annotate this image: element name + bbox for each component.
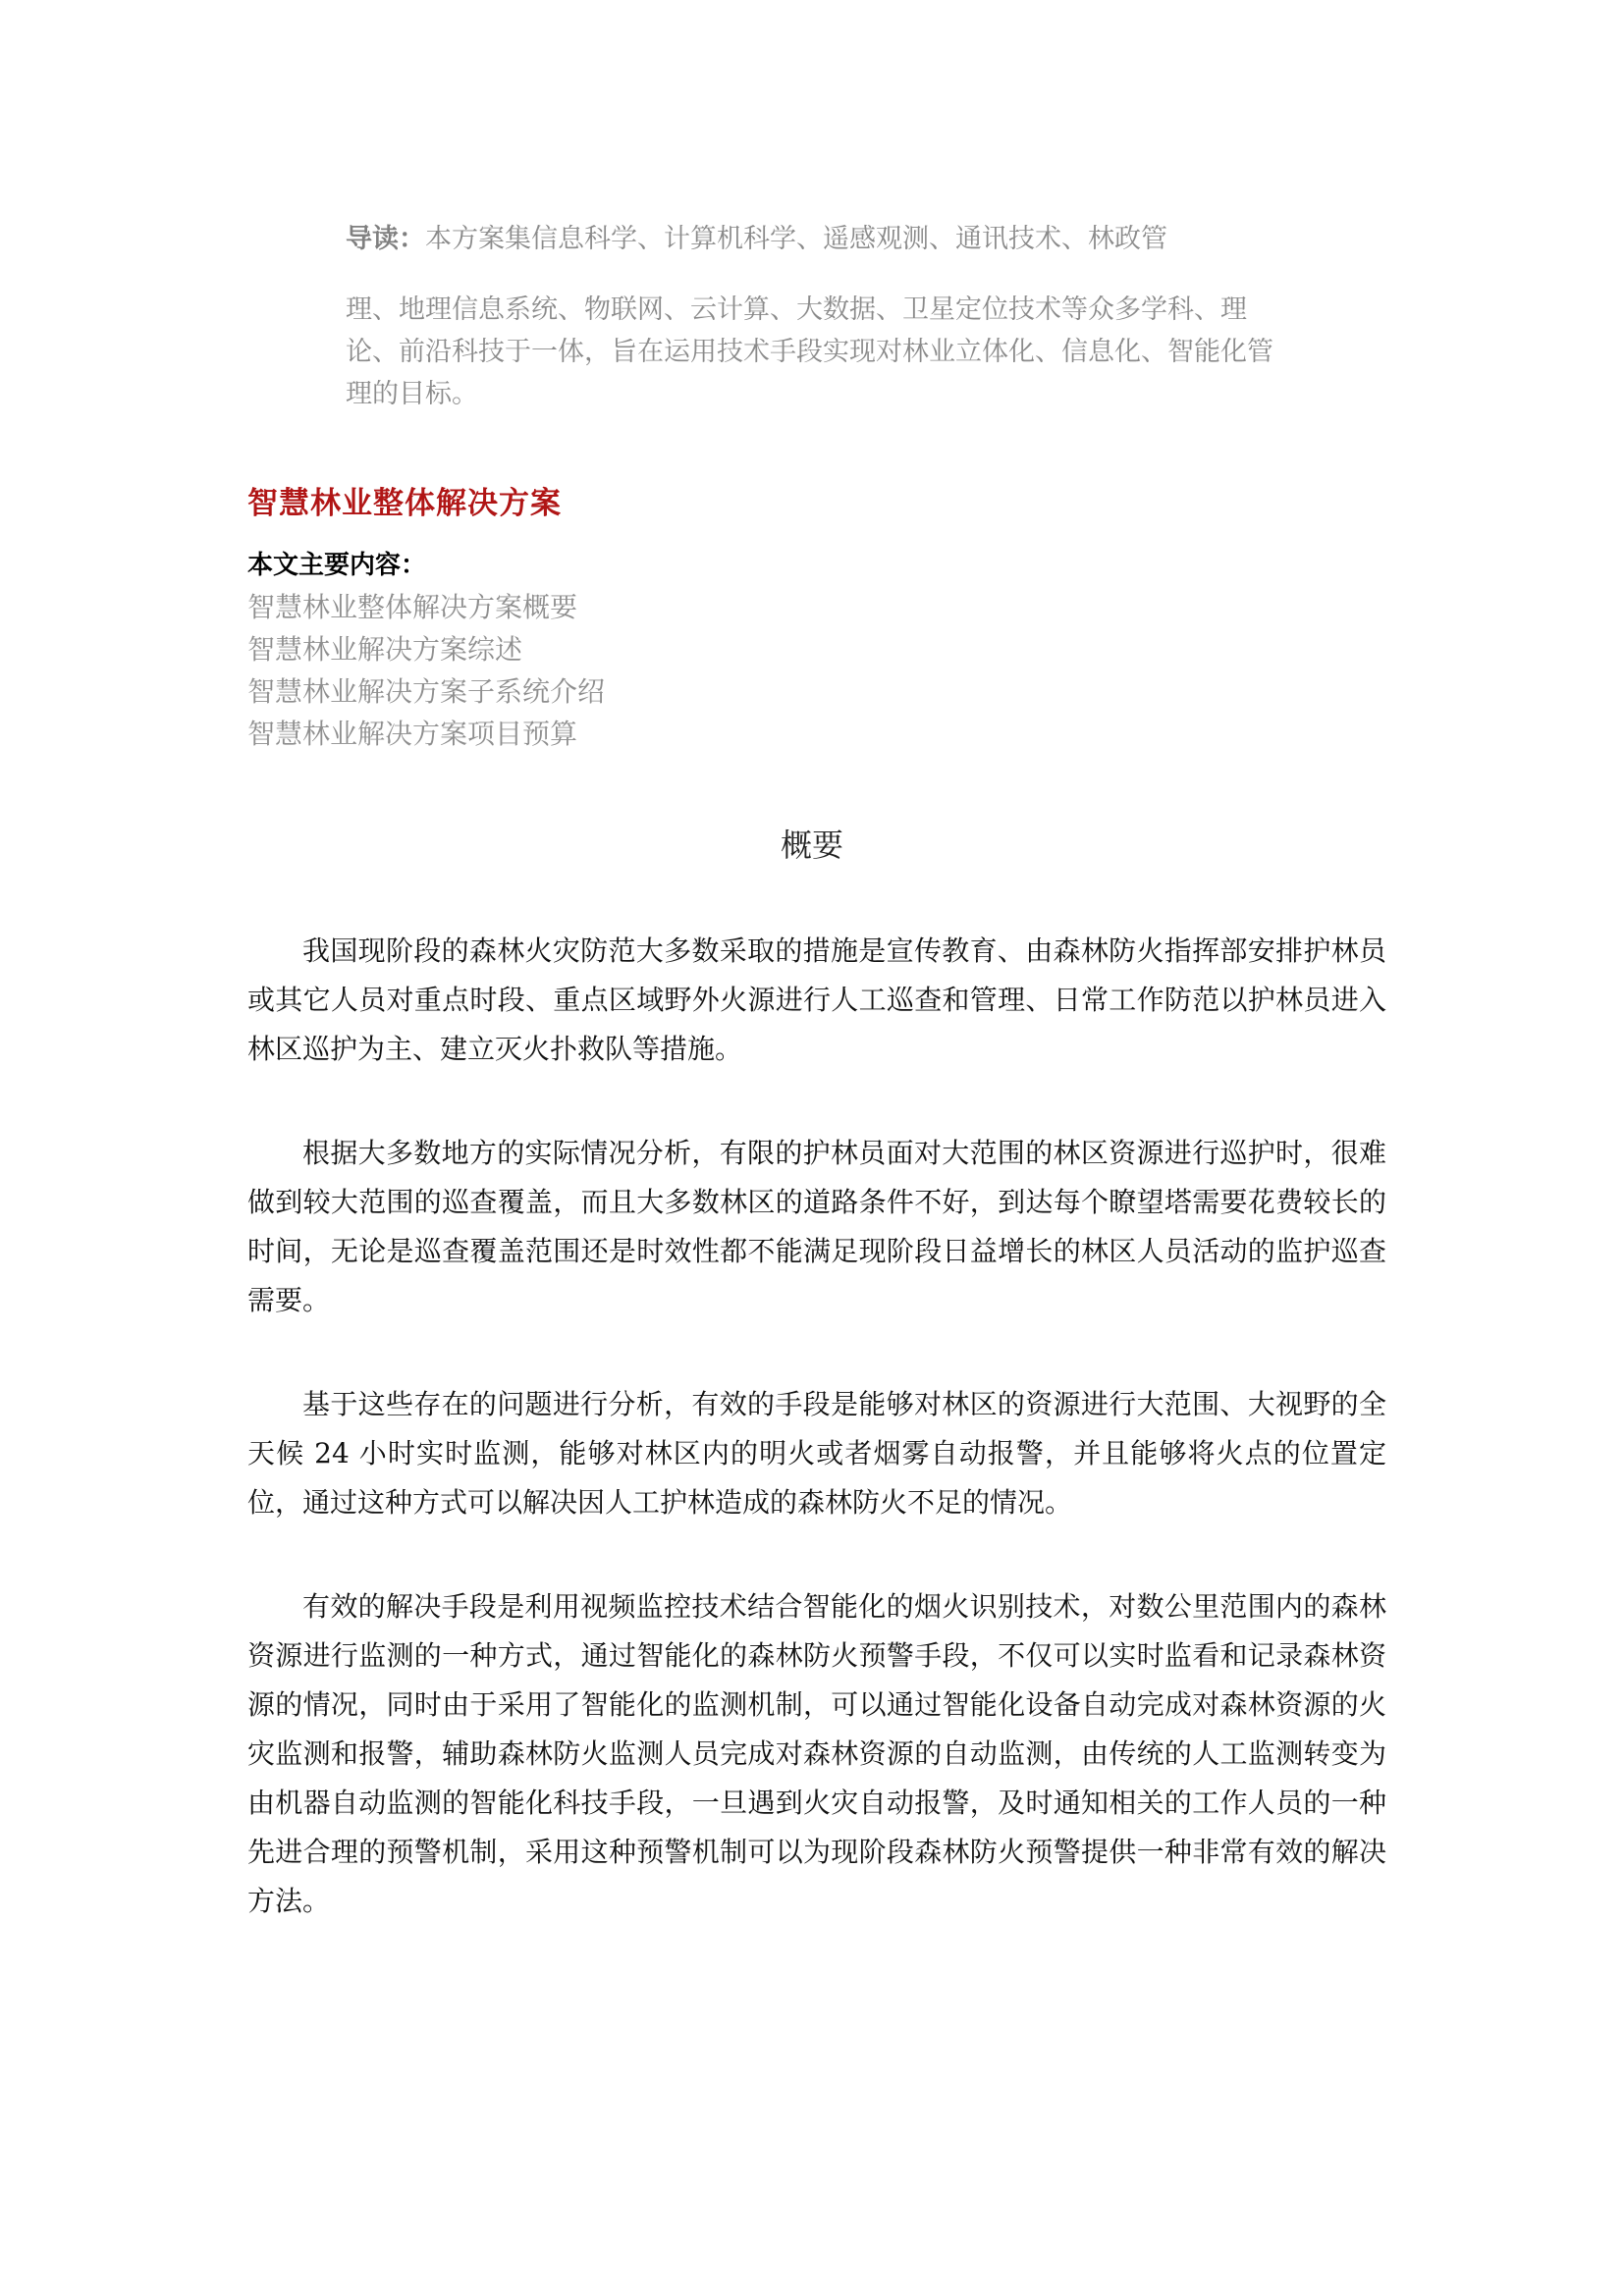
table-of-contents: 本文主要内容： 智慧林业整体解决方案概要 智慧林业解决方案综述 智慧林业解决方案… bbox=[247, 545, 605, 755]
intro-lead-label: 导读： bbox=[346, 224, 425, 254]
toc-item: 智慧林业解决方案子系统介绍 bbox=[247, 670, 605, 713]
section-title: 概要 bbox=[0, 821, 1624, 866]
intro-rest-text: 理、地理信息系统、物联网、云计算、大数据、卫星定位技术等众多学科、理论、前沿科技… bbox=[346, 289, 1288, 415]
intro-block: 导读：本方案集信息科学、计算机科学、遥感观测、通讯技术、林政管 理、地理信息系统… bbox=[346, 218, 1288, 415]
section-body: 我国现阶段的森林火灾防范大多数采取的措施是宣传教育、由森林防火指挥部安排护林员或… bbox=[247, 927, 1386, 1981]
paragraph: 基于这些存在的问题进行分析，有效的手段是能够对林区的资源进行大范围、大视野的全天… bbox=[247, 1380, 1386, 1527]
document-page: 导读：本方案集信息科学、计算机科学、遥感观测、通讯技术、林政管 理、地理信息系统… bbox=[0, 0, 1624, 2296]
paragraph: 有效的解决手段是利用视频监控技术结合智能化的烟火识别技术，对数公里范围内的森林资… bbox=[247, 1582, 1386, 1926]
intro-first-line: 导读：本方案集信息科学、计算机科学、遥感观测、通讯技术、林政管 bbox=[346, 218, 1288, 261]
document-title: 智慧林业整体解决方案 bbox=[247, 478, 562, 522]
intro-first-line-text: 本方案集信息科学、计算机科学、遥感观测、通讯技术、林政管 bbox=[425, 224, 1167, 254]
toc-item: 智慧林业解决方案项目预算 bbox=[247, 713, 605, 755]
toc-item: 智慧林业整体解决方案概要 bbox=[247, 586, 605, 628]
toc-heading: 本文主要内容： bbox=[247, 545, 605, 586]
toc-item: 智慧林业解决方案综述 bbox=[247, 628, 605, 670]
paragraph: 我国现阶段的森林火灾防范大多数采取的措施是宣传教育、由森林防火指挥部安排护林员或… bbox=[247, 927, 1386, 1074]
paragraph: 根据大多数地方的实际情况分析，有限的护林员面对大范围的林区资源进行巡护时，很难做… bbox=[247, 1129, 1386, 1325]
